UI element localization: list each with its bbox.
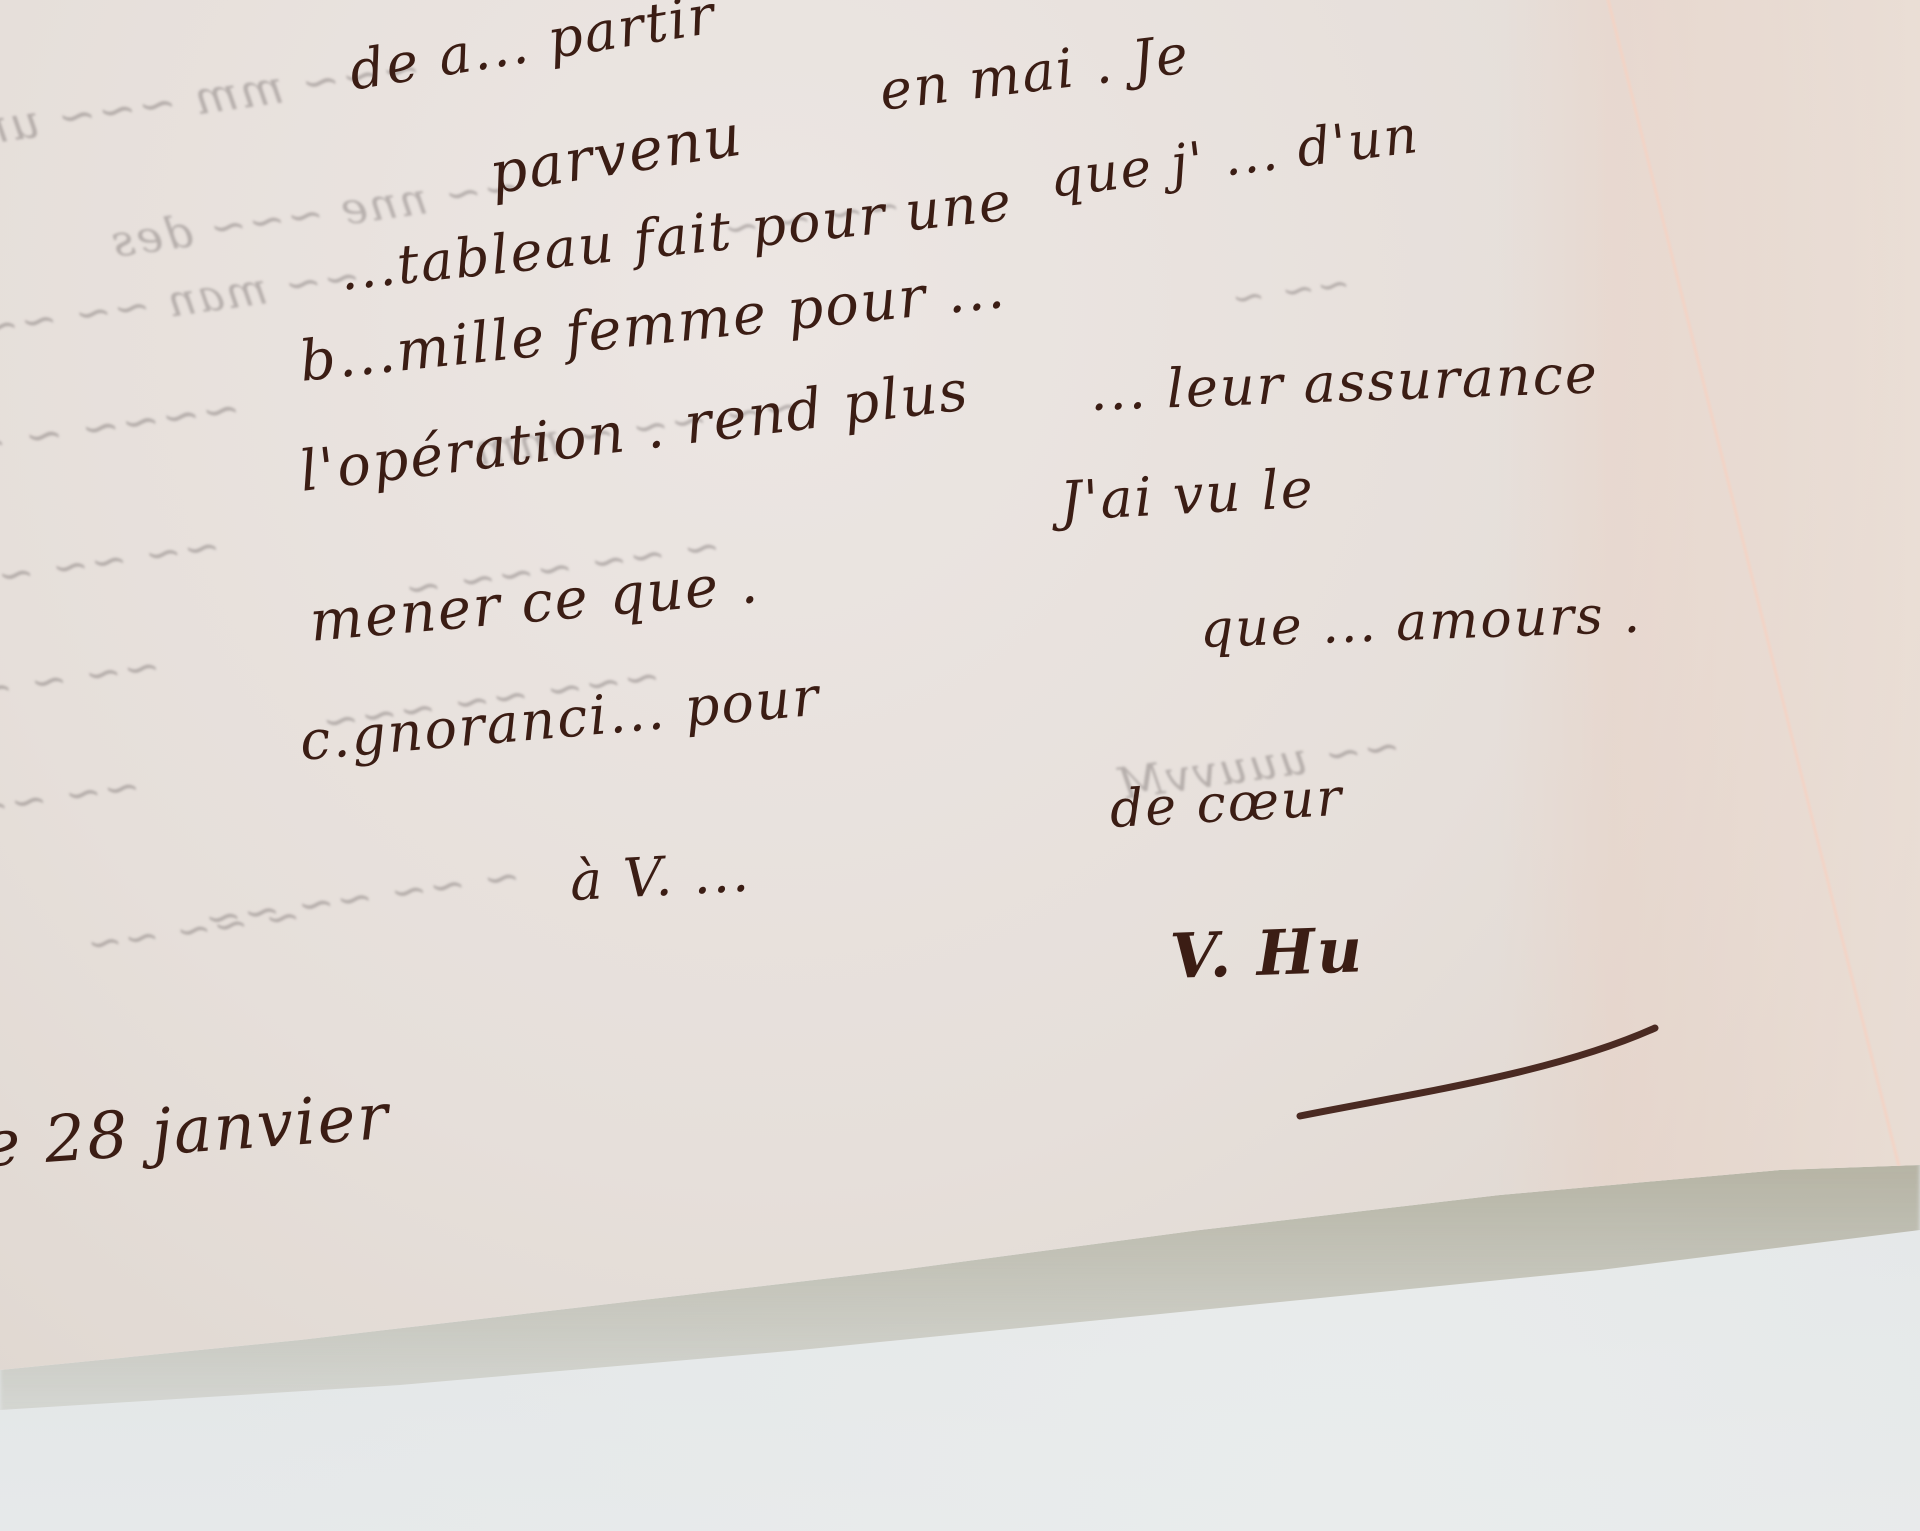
- letter-line: que j' ... d'un: [1046, 105, 1422, 210]
- letter-line: en mai . Je: [876, 22, 1193, 123]
- letter-line: ... leur assurance: [1089, 342, 1600, 423]
- signature-flourish: [1295, 1018, 1675, 1123]
- signature: V. Hu: [1169, 913, 1366, 993]
- bleed-through-text: ~~ ~ ~~ ~~~: [0, 640, 164, 740]
- letter-line: de cœur: [1108, 768, 1344, 840]
- letter-line: de a... partir: [345, 0, 720, 103]
- letter-date: le 28 janvier: [0, 1080, 392, 1184]
- bleed-through-text: ~~ ~~ ~ ~~~: [0, 520, 224, 620]
- bleed-through-text: ~~~~ ~ ~~~ ~~~: [0, 380, 244, 502]
- bleed-through-text: ~~ ~: [1227, 260, 1353, 322]
- letter-line: parvenu: [485, 100, 748, 207]
- bleed-through-text: ~~ ~~ ~~~ ~: [0, 760, 144, 860]
- bleed-through-text: ~ ~~ ~~: [82, 890, 303, 969]
- letter-line: que ... amours .: [1199, 585, 1643, 660]
- letter-line: J'ai vu le: [1058, 457, 1316, 533]
- letter-line: à V. ...: [568, 841, 752, 913]
